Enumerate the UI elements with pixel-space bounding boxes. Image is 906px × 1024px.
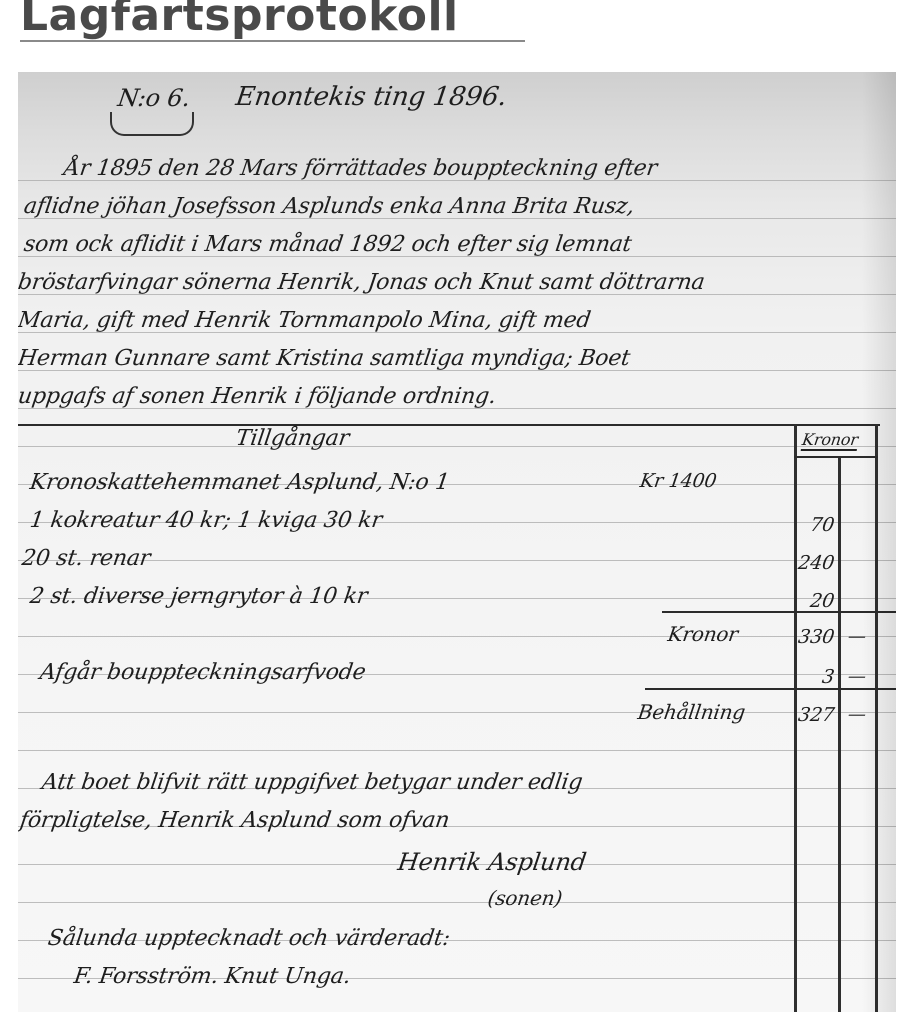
ruled-line	[18, 712, 896, 713]
section-heading: Tillgångar	[234, 428, 350, 450]
body-line: bröstarfvingar sönerna Henrik, Jonas och…	[18, 272, 706, 294]
witness-signatures: F. Forsström. Knut Unga.	[72, 966, 351, 988]
body-line: Herman Gunnare samt Kristina samtliga my…	[18, 348, 631, 370]
body-line: Maria, gift med Henrik Tornmanpolo Mina,…	[18, 310, 592, 332]
ruled-line	[18, 446, 896, 447]
subtotal-label: Kronor	[667, 624, 740, 644]
ledger-page-scan: N:o 6. Enontekis ting 1896. År 1895 den …	[18, 72, 896, 1012]
attestation-line: förpligtelse, Henrik Asplund som ofvan	[18, 810, 450, 832]
ore-column-left-rule	[838, 456, 841, 1012]
page-title: Lagfartsprotokoll	[20, 0, 525, 42]
body-line: som ock aflidit i Mars månad 1892 och ef…	[22, 234, 632, 256]
ledger-item-description: 1 kokreatur 40 kr; 1 kviga 30 kr	[28, 510, 383, 532]
table-top-rule	[18, 424, 880, 426]
balance-label: Behållning	[637, 702, 747, 722]
ledger-item-amount: 20	[797, 592, 836, 611]
ledger-item-amount: 240	[797, 554, 836, 573]
subtotal-rule	[662, 611, 896, 613]
closing-line: Sålunda upptecknadt och värderadt:	[46, 928, 451, 950]
ruled-line	[18, 750, 896, 751]
ledger-item-description: 2 st. diverse jerngrytor à 10 kr	[28, 586, 368, 608]
balance-amount: 327	[797, 706, 836, 725]
ruled-line	[18, 902, 896, 903]
body-line: År 1895 den 28 Mars förrättades boupptec…	[62, 158, 658, 180]
deduction-amount: 3	[797, 668, 836, 687]
balance-rule	[645, 688, 896, 690]
court-session: Enontekis ting 1896.	[234, 84, 508, 110]
subtotal-amount: 330	[797, 628, 836, 647]
entry-number: N:o 6.	[116, 86, 191, 110]
ledger-item-description: 20 st. renar	[20, 548, 151, 570]
column-header-kronor: Kronor	[801, 432, 859, 451]
signature-name: Henrik Asplund	[396, 850, 587, 874]
body-line: aflidne jöhan Josefsson Asplunds enka An…	[22, 196, 635, 218]
body-line: uppgafs af sonen Henrik i följande ordni…	[18, 386, 497, 408]
kronor-column-right-rule	[875, 424, 878, 1012]
deduction-ore: —	[847, 668, 867, 686]
signature-role: (sonen)	[487, 888, 564, 908]
deduction-label: Afgår bouppteckningsarfvode	[38, 662, 367, 684]
number-flourish	[110, 112, 194, 136]
balance-ore: —	[847, 706, 867, 724]
subtotal-ore: —	[847, 628, 867, 646]
column-header-rule	[794, 456, 878, 458]
attestation-line: Att boet blifvit rätt uppgifvet betygar …	[40, 772, 583, 794]
ledger-item-description: Kronoskattehemmanet Asplund, N:o 1	[28, 472, 450, 494]
ruled-line	[18, 636, 896, 637]
ledger-item-amount: 70	[797, 516, 836, 535]
ledger-item-note: Kr 1400	[639, 472, 718, 491]
